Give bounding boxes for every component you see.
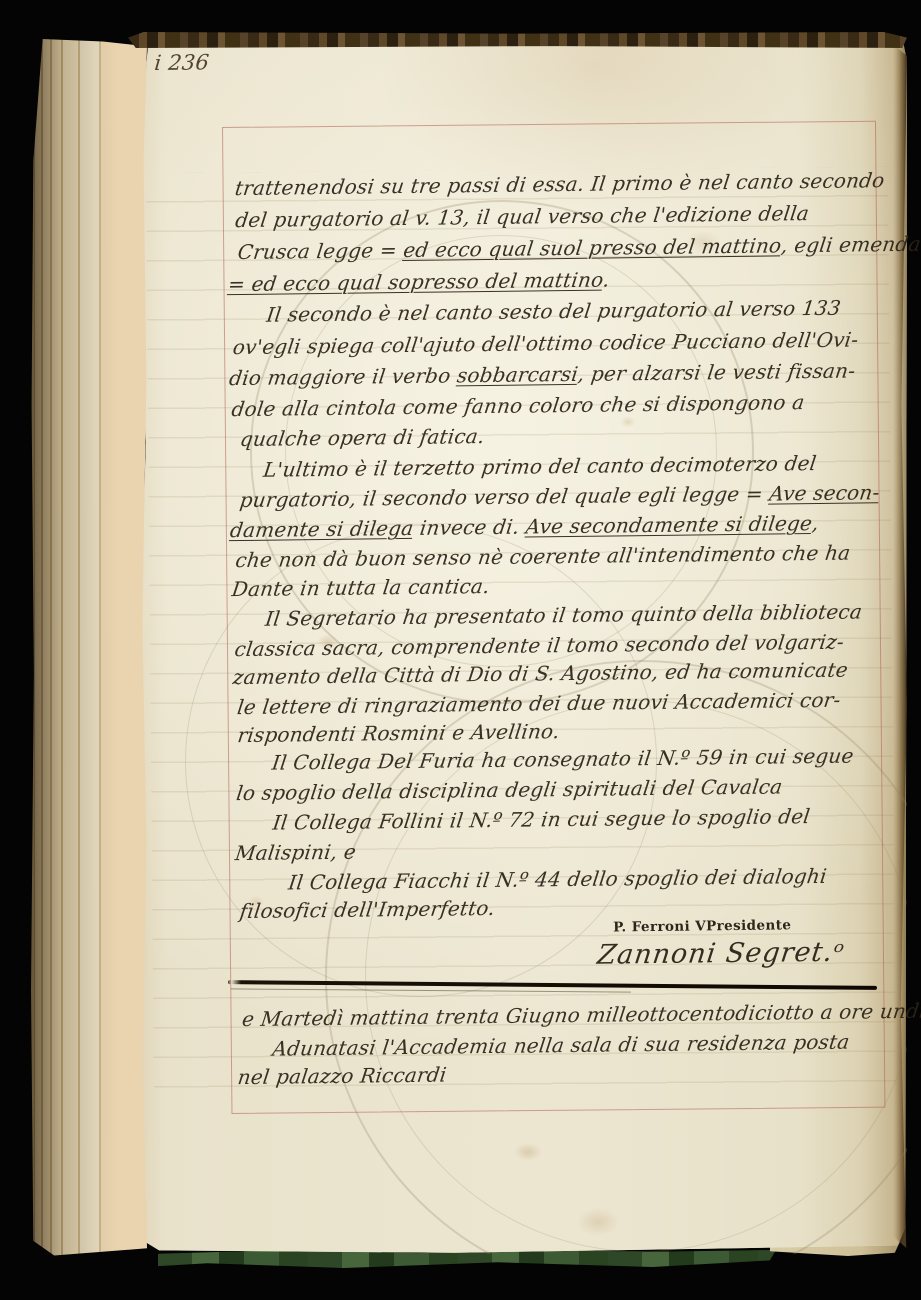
manuscript-line: e Martedì mattina trenta Giugno milleott… <box>241 998 921 1031</box>
underlined-phrase: Ave secondamente si dilege <box>524 511 813 539</box>
manuscript-line: ov'egli spiega coll'ajuto dell'ottimo co… <box>232 327 860 359</box>
manuscript-line: nel palazzo Riccardi <box>236 1063 448 1090</box>
text-segment: dole alla cintola come fanno coloro che … <box>230 390 806 421</box>
manuscript-line: damente si dilega invece di. Ave seconda… <box>229 511 821 542</box>
text-segment: classica sacra, comprendente il tomo sec… <box>233 630 845 661</box>
text-segment: , egli emenda <box>780 232 921 258</box>
manuscript-line: lo spoglio della disciplina degli spirit… <box>235 774 784 805</box>
text-segment: nel palazzo Riccardi <box>236 1063 448 1090</box>
book-page-edges <box>31 39 147 1258</box>
manuscript-line: Dante in tutta la cantica. <box>230 574 491 601</box>
text-segment: Il Segretario ha presentato il tomo quin… <box>264 599 864 630</box>
text-segment: e Martedì mattina trenta Giugno milleott… <box>241 998 921 1031</box>
secretary-signature: Zannoni Segret.ᵒ <box>596 937 847 971</box>
manuscript-line: Adunatasi l'Accademia nella sala di sua … <box>271 1030 851 1061</box>
text-segment: Malispini, e <box>234 840 358 866</box>
manuscript-line: purgatorio, il secondo verso del quale e… <box>238 480 881 512</box>
text-segment: invece di. <box>412 515 528 540</box>
manuscript-line: le lettere di ringraziamento dei due nuo… <box>236 688 842 719</box>
underlined-phrase: sobbarcarsi <box>456 362 580 388</box>
text-segment: Il Collega Del Furia ha consegnato il N.… <box>271 744 856 775</box>
text-segment: purgatorio, il secondo verso del quale e… <box>238 482 771 513</box>
manuscript-line: classica sacra, comprendente il tomo sec… <box>233 630 845 661</box>
manuscript-line: Il Segretario ha presentato il tomo quin… <box>264 599 864 630</box>
underlined-phrase: ed ecco qual suol presso del mattino <box>402 233 783 262</box>
text-segment: Adunatasi l'Accademia nella sala di sua … <box>271 1030 851 1061</box>
text-segment: Crusca legge = <box>236 238 405 264</box>
manuscript-scan: i 236trattenendosi su tre passi di essa.… <box>0 0 921 1300</box>
manuscript-line: Malispini, e <box>234 840 358 866</box>
manuscript-line: che non dà buon senso nè coerente all'in… <box>234 541 852 573</box>
text-segment: trattenendosi su tre passi di essa. Il p… <box>234 168 887 200</box>
text-segment: zamento della Città di Dio di S. Agostin… <box>232 658 850 690</box>
text-segment: Il Collega Fiacchi il N.º 44 dello spogl… <box>287 864 828 895</box>
manuscript-line: = ed ecco qual sopresso del mattino. <box>227 267 611 296</box>
text-segment: Il Collega Follini il N.º 72 in cui segu… <box>271 804 811 835</box>
text-segment: lo spoglio della disciplina degli spirit… <box>235 774 784 805</box>
underlined-phrase: Ave secon- <box>768 480 881 505</box>
text-segment: che non dà buon senso nè coerente all'in… <box>234 541 852 573</box>
manuscript-line: Il Collega Fiacchi il N.º 44 dello spogl… <box>287 864 828 895</box>
manuscript-line: dio maggiore il verbo sobbarcarsi, per a… <box>228 358 857 390</box>
text-segment: qualche opera di fatica. <box>239 424 486 451</box>
manuscript-line: Il Collega Follini il N.º 72 in cui segu… <box>271 804 811 835</box>
text-segment: , per alzarsi le vesti fissan- <box>577 358 857 385</box>
text-segment: Dante in tutta la cantica. <box>230 574 491 601</box>
text-segment: ov'egli spiega coll'ajuto dell'ottimo co… <box>232 327 860 359</box>
manuscript-line: L'ultimo è il terzetto primo del canto d… <box>262 451 818 482</box>
text-segment: dio maggiore il verbo <box>228 363 459 390</box>
text-segment: del purgatorio al v. 13, il qual verso c… <box>234 201 811 232</box>
underlined-phrase: = ed ecco qual sopresso del mattino <box>227 268 605 297</box>
text-segment: Il secondo è nel canto sesto del purgato… <box>265 296 842 327</box>
manuscript-line: rispondenti Rosmini e Avellino. <box>236 719 561 747</box>
vice-president-signature: P. Ferroni VPresidente <box>613 917 791 935</box>
text-segment: le lettere di ringraziamento dei due nuo… <box>236 688 842 719</box>
manuscript-line: Il Collega Del Furia ha consegnato il N.… <box>271 744 856 775</box>
text-segment: i 236 <box>153 50 210 75</box>
text-segment: rispondenti Rosmini e Avellino. <box>236 719 561 747</box>
manuscript-line: qualche opera di fatica. <box>239 424 486 451</box>
text-segment: L'ultimo è il terzetto primo del canto d… <box>262 451 818 482</box>
text-segment: Zannoni Segret.ᵒ <box>596 937 847 971</box>
manuscript-line: dole alla cintola come fanno coloro che … <box>230 390 806 421</box>
manuscript-line: del purgatorio al v. 13, il qual verso c… <box>234 201 811 232</box>
manuscript-line: zamento della Città di Dio di S. Agostin… <box>232 658 850 690</box>
manuscript-line: trattenendosi su tre passi di essa. Il p… <box>234 168 887 200</box>
manuscript-line: Il secondo è nel canto sesto del purgato… <box>265 296 842 327</box>
underlined-phrase: damente si dilega <box>229 516 415 542</box>
manuscript-line: Crusca legge = ed ecco qual suol presso … <box>236 232 921 264</box>
book-top-edge <box>128 32 907 48</box>
text-segment: P. Ferroni VPresidente <box>613 917 791 935</box>
page-number: i 236 <box>153 50 210 75</box>
text-segment: filosofici dell'Imperfetto. <box>238 896 496 923</box>
manuscript-line: filosofici dell'Imperfetto. <box>238 896 496 923</box>
